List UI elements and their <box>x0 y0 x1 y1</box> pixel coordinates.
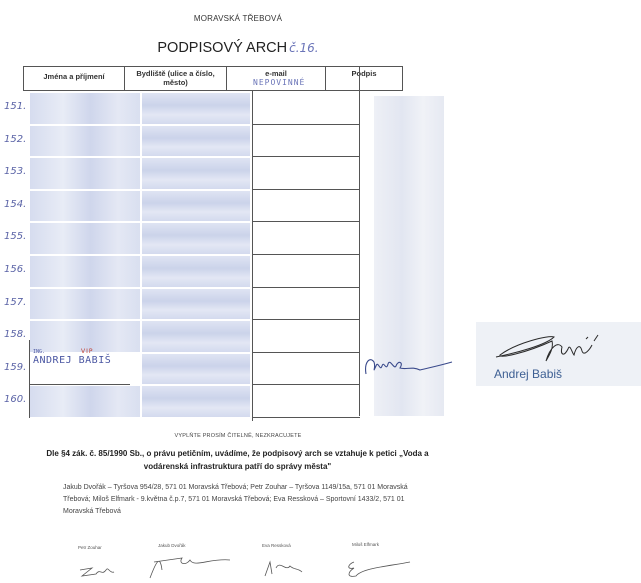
redacted-address <box>142 256 250 287</box>
redacted-address <box>142 126 250 157</box>
row-number: 151. <box>4 101 26 112</box>
row-divider <box>252 221 360 222</box>
column-divider <box>29 340 30 418</box>
row-divider <box>252 189 360 190</box>
column-header-name: Jména a příjmení <box>23 66 124 91</box>
row-number: 152. <box>4 134 26 145</box>
column-divider <box>252 91 253 421</box>
redacted-address <box>142 223 250 254</box>
row-number: 159. <box>4 362 26 373</box>
row-number: 154. <box>4 199 26 210</box>
signature-label-elfmark: Miloš Elfmark <box>352 542 379 547</box>
row-number: 155. <box>4 231 26 242</box>
redacted-address <box>142 386 250 417</box>
signature-label-resskova: Eva Ressková <box>262 543 291 548</box>
vip-note: VIP <box>81 348 94 355</box>
signer-name-159: ANDREJ BABIŠ <box>33 355 111 366</box>
redacted-name <box>30 126 140 157</box>
redacted-address <box>142 158 250 189</box>
legal-declaration: Dle §4 zák. č. 85/1990 Sb., o právu peti… <box>40 447 435 473</box>
redacted-name <box>30 386 140 417</box>
row-divider <box>252 352 360 353</box>
redacted-address <box>142 321 250 352</box>
redacted-name <box>30 223 140 254</box>
row-divider <box>252 287 360 288</box>
row-divider <box>252 417 360 418</box>
redacted-name <box>30 158 140 189</box>
row-divider <box>252 384 360 385</box>
column-header-signature: Podpis <box>325 66 403 91</box>
redacted-name <box>30 191 140 222</box>
row-number: 158. <box>4 329 26 340</box>
column-header-address: Bydliště (ulice a číslo, město) <box>124 66 226 91</box>
reference-signature <box>486 327 626 365</box>
organizer-signatures: Petr Zouhar Jakub Dvořák Eva Ressková Mi… <box>0 540 476 583</box>
redacted-address <box>142 93 250 124</box>
row-number: 153. <box>4 166 26 177</box>
row-number: 156. <box>4 264 26 275</box>
row-divider <box>252 254 360 255</box>
row-divider <box>30 384 130 385</box>
redacted-name <box>30 93 140 124</box>
title-text: PODPISOVÝ ARCH <box>157 40 287 56</box>
email-optional-note: NEPOVINNÉ <box>253 78 305 87</box>
city-heading: MORAVSKÁ TŘEBOVÁ <box>0 14 476 23</box>
row-number: 157. <box>4 297 26 308</box>
row-divider <box>252 156 360 157</box>
row-divider <box>252 319 360 320</box>
signature-comparison-inset: Andrej Babiš <box>476 322 641 386</box>
inset-caption: Andrej Babiš <box>494 367 562 381</box>
signature-label-dvorak: Jakub Dvořák <box>158 543 186 548</box>
organizers-list: Jakub Dvořák – Tyršova 954/28, 571 01 Mo… <box>63 482 423 518</box>
page-title: PODPISOVÝ ARCHč.16. <box>0 40 476 56</box>
row-divider <box>252 124 360 125</box>
redacted-address <box>142 354 250 385</box>
organizer-signature-strokes <box>70 550 450 580</box>
redacted-name <box>30 289 140 320</box>
sheet-number: č.16. <box>289 41 319 55</box>
row-number: 160. <box>4 394 26 405</box>
fill-instructions: VYPLŇTE PROSÍM ČITELNĚ, NEZKRACUJETE <box>0 433 476 439</box>
redacted-address <box>142 289 250 320</box>
redacted-name <box>30 256 140 287</box>
redacted-address <box>142 191 250 222</box>
handwritten-signature-159 <box>360 352 455 380</box>
